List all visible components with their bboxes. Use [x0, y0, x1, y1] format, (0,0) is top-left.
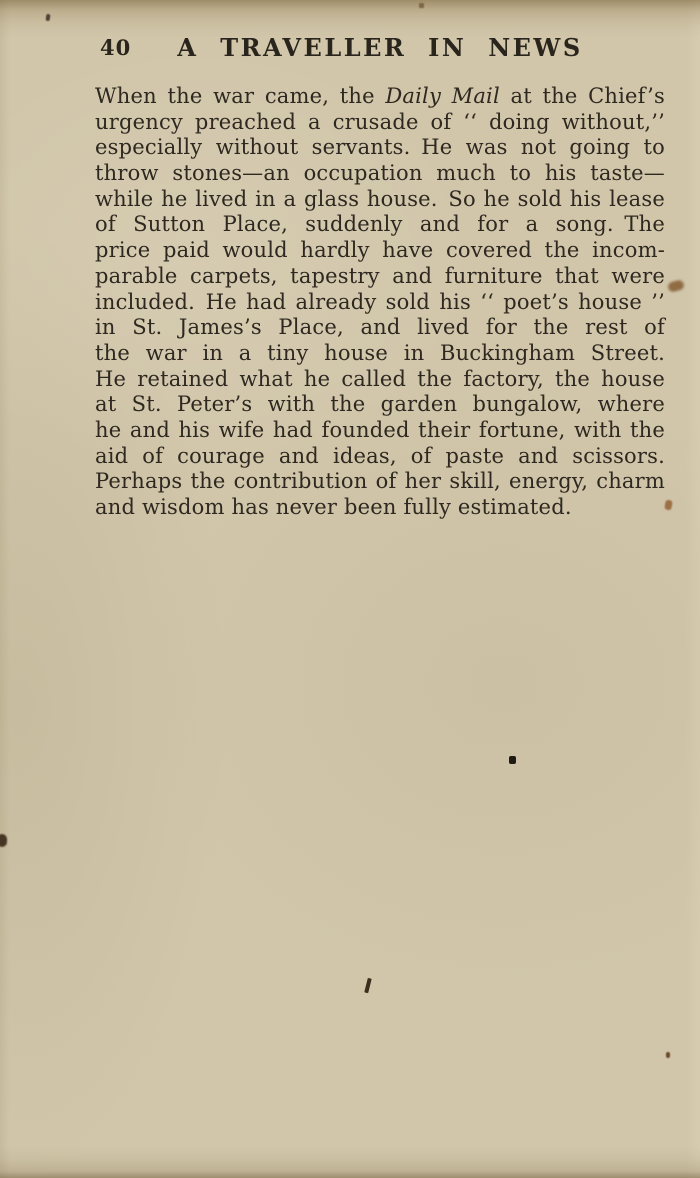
speck-top-left: [46, 14, 51, 21]
speck-top-center: [419, 3, 424, 8]
text-line: included. He had already sold his ‘‘ poe…: [95, 290, 665, 316]
page-header: 40 A TRAVELLER IN NEWS: [95, 33, 665, 65]
text-line: aid of courage and ideas, of paste and s…: [95, 444, 665, 470]
ink-dot-center: [509, 756, 516, 764]
book-page-scan: 40 A TRAVELLER IN NEWS When the war came…: [0, 0, 700, 1178]
text-line: price paid would hardly have covered the…: [95, 238, 665, 264]
text-line: he and his wife had founded their fortun…: [95, 418, 665, 444]
text-line: at St. Peter’s with the garden bungalow,…: [95, 392, 665, 418]
running-title: A TRAVELLER IN NEWS: [95, 33, 665, 62]
text-line: urgency preached a crusade of ‘‘ doing w…: [95, 110, 665, 136]
speck-bottom-right: [666, 1052, 670, 1058]
text-line: of Sutton Place, suddenly and for a song…: [95, 212, 665, 238]
text-line: in St. James’s Place, and lived for the …: [95, 315, 665, 341]
blob-left-edge: [0, 834, 7, 847]
text-line: the war in a tiny house in Buckingham St…: [95, 341, 665, 367]
slash-mark: [364, 978, 371, 993]
text-line: especially without servants. He was not …: [95, 135, 665, 161]
text-line: He retained what he called the factory, …: [95, 367, 665, 393]
smudge-right-margin: [667, 279, 685, 293]
text-line: When the war came, the Daily Mail at the…: [95, 84, 665, 110]
body-paragraph: When the war came, the Daily Mail at the…: [95, 84, 665, 521]
text-line: throw stones—an occupation much to his t…: [95, 161, 665, 187]
text-line: parable carpets, tapestry and furniture …: [95, 264, 665, 290]
text-line: and wisdom has never been fully estimate…: [95, 495, 665, 521]
text-line: Perhaps the contribution of her skill, e…: [95, 469, 665, 495]
fleck-right-margin: [664, 499, 673, 510]
text-line: while he lived in a glass house. So he s…: [95, 187, 665, 213]
